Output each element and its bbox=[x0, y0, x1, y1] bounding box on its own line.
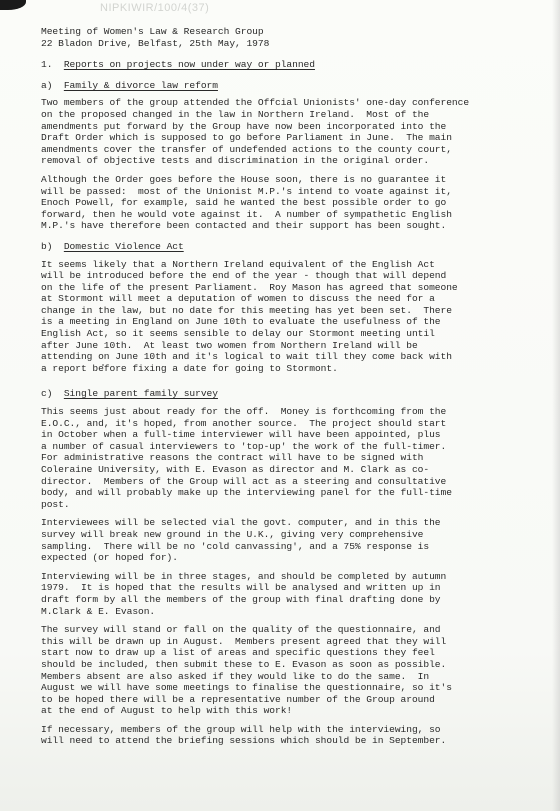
subsection-heading-domestic-violence: b) Domestic Violence Act bbox=[41, 241, 521, 253]
section-title: Reports on projects now under way or pla… bbox=[64, 59, 315, 70]
ink-speck bbox=[102, 364, 104, 366]
text-line: draft form by all the members of the gro… bbox=[41, 594, 521, 606]
subsection-heading-family-law: a) Family & divorce law reform bbox=[41, 80, 521, 92]
text-line: to be hoped there will be a representati… bbox=[41, 694, 521, 706]
paragraph: Interviewees will be selected vial the g… bbox=[41, 517, 521, 563]
text-line: this will be drawn up in August. Members… bbox=[41, 636, 521, 648]
subsection-heading-single-parent-survey: c) Single parent family survey bbox=[41, 388, 521, 400]
text-line: a report before fixing a date for going … bbox=[41, 363, 521, 375]
text-line: expected (or hoped for). bbox=[41, 552, 521, 564]
text-line: This seems just about ready for the off.… bbox=[41, 406, 521, 418]
text-line: should be included, then submit these to… bbox=[41, 659, 521, 671]
text-line: a number of casual interviewers to 'top-… bbox=[41, 441, 521, 453]
text-line: Interviewing will be in three stages, an… bbox=[41, 571, 521, 583]
subsection-title: Domestic Violence Act bbox=[64, 241, 184, 252]
text-line: change in the law, but no date for this … bbox=[41, 305, 521, 317]
text-line: Two members of the group attended the Of… bbox=[41, 97, 521, 109]
text-line: If necessary, members of the group will … bbox=[41, 724, 521, 736]
text-line: will need to attend the briefing session… bbox=[41, 735, 521, 747]
text-line: sampling. There will be no 'cold canvass… bbox=[41, 541, 521, 553]
text-line: survey will break new ground in the U.K.… bbox=[41, 529, 521, 541]
text-line: attending on June 10th and it's logical … bbox=[41, 351, 521, 363]
text-line: English Act, so it seems sensible to del… bbox=[41, 328, 521, 340]
text-line: is a meeting in England on June 10th to … bbox=[41, 316, 521, 328]
document-body: Meeting of Women's Law & Research Group … bbox=[41, 26, 521, 747]
text-line: at the end of August to help with this w… bbox=[41, 705, 521, 717]
text-line: August we will have some meetings to fin… bbox=[41, 682, 521, 694]
subsection-label: c) bbox=[41, 388, 52, 399]
text-line: Coleraine University, with E. Evason as … bbox=[41, 464, 521, 476]
subsection-title: Family & divorce law reform bbox=[64, 80, 218, 91]
text-line: will be passed: most of the Unionist M.P… bbox=[41, 186, 521, 198]
subsection-title: Single parent family survey bbox=[64, 388, 218, 399]
subsection-label: a) bbox=[41, 80, 52, 91]
text-line: after June 10th. At least two women from… bbox=[41, 340, 521, 352]
text-line: forward, then he would vote against it. … bbox=[41, 209, 521, 221]
text-line: M.P.'s have therefore been contacted and… bbox=[41, 220, 521, 232]
text-line: on the life of the present Parliament. R… bbox=[41, 282, 521, 294]
meeting-title: Meeting of Women's Law & Research Group bbox=[41, 26, 521, 38]
text-line: on the proposed changed in the law in No… bbox=[41, 109, 521, 121]
text-line: removal of objective tests and discrimin… bbox=[41, 155, 521, 167]
text-line: The survey will stand or fall on the qua… bbox=[41, 624, 521, 636]
text-line: post. bbox=[41, 499, 521, 511]
page-edge-shadow bbox=[552, 0, 560, 811]
meeting-location-date: 22 Bladon Drive, Belfast, 25th May, 1978 bbox=[41, 38, 521, 50]
text-line: will be introduced before the end of the… bbox=[41, 270, 521, 282]
archive-reference-stamp: NIPKIWIR/100/4(37) bbox=[100, 2, 209, 14]
paragraph: It seems likely that a Northern Ireland … bbox=[41, 259, 521, 375]
text-line: start now to draw up a list of areas and… bbox=[41, 647, 521, 659]
text-line: Draft Order which is supposed to go befo… bbox=[41, 132, 521, 144]
section-heading: 1. Reports on projects now under way or … bbox=[41, 59, 521, 71]
text-line: body, and will probably make up the inte… bbox=[41, 487, 521, 499]
paragraph: This seems just about ready for the off.… bbox=[41, 406, 521, 510]
text-line: amendments cover the transfer of undefen… bbox=[41, 144, 521, 156]
paragraph: Interviewing will be in three stages, an… bbox=[41, 571, 521, 617]
document-page: NIPKIWIR/100/4(37) Meeting of Women's La… bbox=[0, 0, 560, 811]
text-line: E.O.C., and, it's hoped, from another so… bbox=[41, 418, 521, 430]
text-line: amendments put forward by the Group have… bbox=[41, 121, 521, 133]
text-line: in October when a full-time interviewer … bbox=[41, 429, 521, 441]
text-line: Although the Order goes before the House… bbox=[41, 174, 521, 186]
paragraph: The survey will stand or fall on the qua… bbox=[41, 624, 521, 717]
paragraph: Two members of the group attended the Of… bbox=[41, 97, 521, 167]
text-line: For administrative reasons the contract … bbox=[41, 452, 521, 464]
text-line: 1979. It is hoped that the results will … bbox=[41, 582, 521, 594]
section-number: 1. bbox=[41, 59, 52, 70]
text-line: It seems likely that a Northern Ireland … bbox=[41, 259, 521, 271]
subsection-label: b) bbox=[41, 241, 52, 252]
scan-corner-shadow bbox=[0, 0, 26, 10]
text-line: M.Clark & E. Evason. bbox=[41, 606, 521, 618]
text-line: at Stormont will meet a deputation of wo… bbox=[41, 293, 521, 305]
text-line: Interviewees will be selected vial the g… bbox=[41, 517, 521, 529]
text-line: Members absent are also asked if they wo… bbox=[41, 671, 521, 683]
text-line: Enoch Powell, for example, said he wante… bbox=[41, 197, 521, 209]
paragraph: Although the Order goes before the House… bbox=[41, 174, 521, 232]
text-line: director. Members of the Group will act … bbox=[41, 476, 521, 488]
paragraph: If necessary, members of the group will … bbox=[41, 724, 521, 747]
